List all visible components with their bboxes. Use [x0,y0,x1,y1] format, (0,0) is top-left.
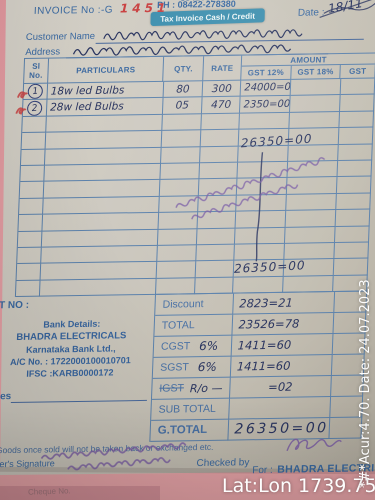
item-2-rate: 470 [202,97,241,114]
total-label: TOTAL [154,315,232,337]
bank-name: Karnataka Bank Ltd., [0,343,151,356]
total-value: 23526=78 [232,313,334,336]
sgst-value: 1411=60 [230,355,332,378]
item-1-rate: 300 [203,81,242,98]
col-header-particulars: PARTICULARS [48,57,164,84]
cgst-value: 1411=60 [231,334,333,357]
discount-label: Discount [155,294,233,316]
red-tick-scribble-1 [15,87,30,101]
col-header-si: Sl No. [24,59,49,84]
bank-details-block: Bank Details: BHADRA ELECTRICALS Karnata… [0,318,152,380]
bank-account-no: A/C No. : 1722000100010701 [0,355,151,368]
invoice-number: 1451 [120,1,170,16]
subtotal-label: SUB TOTAL [151,399,229,421]
col-header-rate: RATE [203,56,242,82]
igst-roundoff-handwritten: R/o — [190,381,223,395]
proprietor-signature [285,433,344,458]
item-1-qty: 80 [163,81,204,98]
col-header-qty: QTY. [164,56,205,82]
item-1-amount: 24000=00 [241,80,292,97]
bank-details-heading: Bank Details: [0,318,152,331]
discount-value: 2823=21 [233,292,335,315]
sgst-label: SGST6% [153,357,231,379]
sgst-rate-handwritten: 6% [198,360,218,374]
col-header-gst12: GST 12% [241,66,291,81]
igst-value: =02 [230,376,332,399]
bank-ifsc: IFSC :KARB0000172 [0,367,150,380]
col-header-gst-extra: GST [341,65,375,80]
item-2-particulars: 28w led Bulbs [47,98,163,116]
item-2-gst18-cell [290,95,341,112]
rupees-line [11,400,147,403]
camera-overlay-latlon: Lat:Lon 1739.75.85 *# [222,475,375,497]
camera-overlay-date-side: *#*Acur:4.70. Date: 24.07.2023 [358,228,373,488]
igst-label: IGSTR/o — [152,378,231,400]
customer-name-label: Customer Name [26,31,96,43]
gtotal-label: G.TOTAL [150,420,228,442]
cgst-rate-handwritten: 6% [199,339,219,353]
item-1-particulars: 18w led Bulbs [47,82,163,100]
invoice-content: 584203, KARNATAKA PH : 08422-278380 Tax … [0,0,375,500]
col-header-gst18: GST 18% [291,65,341,80]
cgst-label: CGST6% [154,336,232,358]
item-1-gst18-cell [291,79,342,96]
address-label: Address [25,46,60,58]
item-2-amount: 2350=00 [240,96,291,113]
invoice-no-label: INVOICE No :-G [34,5,113,17]
rupees-label: Rupees [0,391,11,403]
item-2-si-circled: 2 [27,100,43,116]
tax-invoice-badge-label: Tax Invoice Cash / Credit [160,11,255,23]
item-2-qty: 05 [162,98,203,115]
red-tick-scribble-2 [14,103,29,117]
col-header-amount-group: AMOUNT GST 12% GST 18% GST [241,54,375,81]
checked-by-label: Checked by [196,457,249,469]
gst-no-label: GST NO : [0,300,29,312]
date-scribble-stroke [315,0,375,21]
totals-table: Discount 2823=21 TOTAL 23526=78 CGST6% 1… [149,291,367,442]
bank-account-name: BHADRA ELECTRICALS [0,330,152,344]
item-1-gstx-cell [341,79,375,96]
subtotal-value [229,397,331,420]
item-2-gstx-cell [340,95,375,112]
